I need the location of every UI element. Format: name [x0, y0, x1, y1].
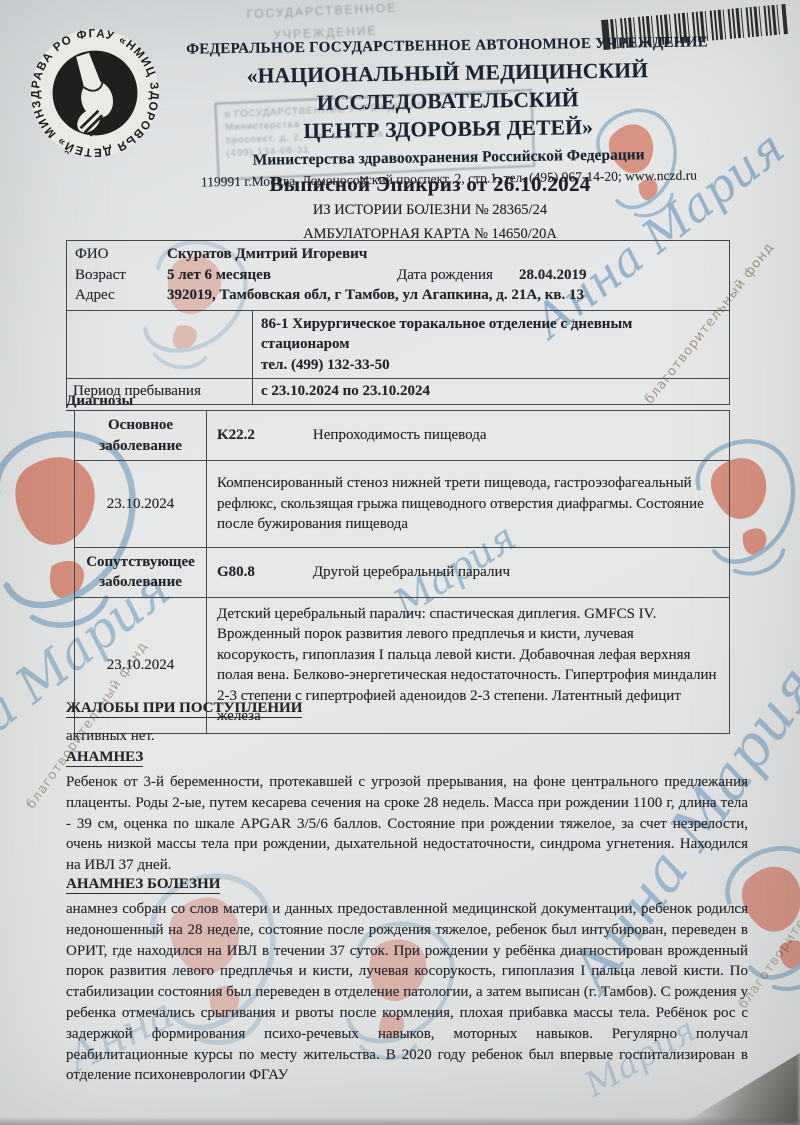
diagnoses-section-label: Диагнозы	[66, 393, 133, 411]
department-name-line2: стационаром	[261, 334, 721, 355]
patient-info-block: ФИО Скуратов Дмитрий Игоревич Возраст 5 …	[67, 241, 729, 310]
department-value: 86-1 Хирургическое торакальное отделение…	[253, 311, 729, 379]
main-diagnosis-cell: K22.2 Непроходимость пищевода	[207, 411, 729, 460]
history-number: ИЗ ИСТОРИИ БОЛЕЗНИ № 28365/24	[110, 200, 750, 221]
table-row: Сопутствующее заболевание G80.8 Другой ц…	[75, 547, 729, 597]
stamp-text: ГОСУДАРСТВЕННОЕ	[246, 1, 397, 22]
diagnosis-text: Компенсированный стеноз нижней трети пищ…	[207, 461, 729, 547]
anamnesis-heading: АНАМНЕЗ	[66, 749, 143, 766]
age-value: 5 лет 6 месяцев	[167, 265, 397, 286]
department-name-line1: 86-1 Хирургическое торакальное отделение…	[261, 314, 721, 335]
table-row: Возраст 5 лет 6 месяцев Дата рождения 28…	[75, 265, 721, 286]
diagnoses-table: Основное заболевание K22.2 Непроходимост…	[74, 410, 730, 734]
table-row: 86-1 Хирургическое торакальное отделение…	[67, 310, 729, 379]
diagnosis-date: 23.10.2024	[75, 461, 207, 547]
complaints-text: активных нет.	[66, 726, 748, 747]
diagnosis-name: Непроходимость пищевода	[313, 425, 487, 446]
complaints-heading: ЖАЛОБЫ ПРИ ПОСТУПЛЕНИИ	[66, 700, 302, 717]
department-phone: тел. (499) 132-33-50	[261, 355, 721, 376]
address-value: 392019, Тамбовская обл, г Тамбов, ул Ага…	[167, 285, 721, 306]
disease-history-text: анамнез собран со слов матери и данных п…	[66, 899, 748, 1086]
department-label-cell	[67, 311, 253, 379]
disease-history-heading: АНАМНЕЗ БОЛЕЗНИ	[66, 876, 220, 893]
fio-value: Скуратов Дмитрий Игоревич	[167, 244, 721, 265]
main-diagnosis-label: Основное заболевание	[75, 411, 207, 460]
table-row: Адрес 392019, Тамбовская обл, г Тамбов, …	[75, 285, 721, 306]
secondary-diagnosis-label: Сопутствующее заболевание	[75, 548, 207, 597]
org-header: ФЕДЕРАЛЬНОЕ ГОСУДАРСТВЕННОЕ АВТОНОМНОЕ У…	[117, 33, 779, 191]
document-title-block: Выписной Эпикриз от 26.10.2024 ИЗ ИСТОРИ…	[110, 172, 750, 245]
anamnesis-text: Ребенок от 3-й беременности, протекавшей…	[66, 772, 748, 876]
table-row: Период пребывания с 23.10.2024 по 23.10.…	[67, 378, 729, 404]
icd-code: G80.8	[217, 562, 255, 583]
diagnosis-name: Другой церебральный паралич	[313, 562, 510, 583]
fio-label: ФИО	[75, 244, 167, 265]
photo-edge-shadow	[0, 1117, 800, 1125]
dob-value: 28.04.2019	[519, 265, 721, 286]
table-row: 23.10.2024 Компенсированный стеноз нижне…	[75, 460, 729, 547]
secondary-diagnosis-cell: G80.8 Другой церебральный паралич	[207, 548, 729, 597]
stay-value: с 23.10.2024 по 23.10.2024	[253, 379, 729, 404]
document-title: Выписной Эпикриз от 26.10.2024	[110, 172, 750, 197]
icd-code: K22.2	[217, 425, 255, 446]
age-label: Возраст	[75, 265, 167, 286]
address-label: Адрес	[75, 285, 167, 306]
table-row: Основное заболевание K22.2 Непроходимост…	[75, 411, 729, 460]
patient-table: ФИО Скуратов Дмитрий Игоревич Возраст 5 …	[66, 240, 730, 405]
dob-label: Дата рождения	[397, 265, 519, 286]
document-page: Анна Мария Анна Мария Мария Анна Мария А…	[0, 0, 800, 1125]
table-row: ФИО Скуратов Дмитрий Игоревич	[75, 244, 721, 265]
org-name-line1: «НАЦИОНАЛЬНЫЙ МЕДИЦИНСКИЙ ИССЛЕДОВАТЕЛЬС…	[117, 54, 778, 119]
